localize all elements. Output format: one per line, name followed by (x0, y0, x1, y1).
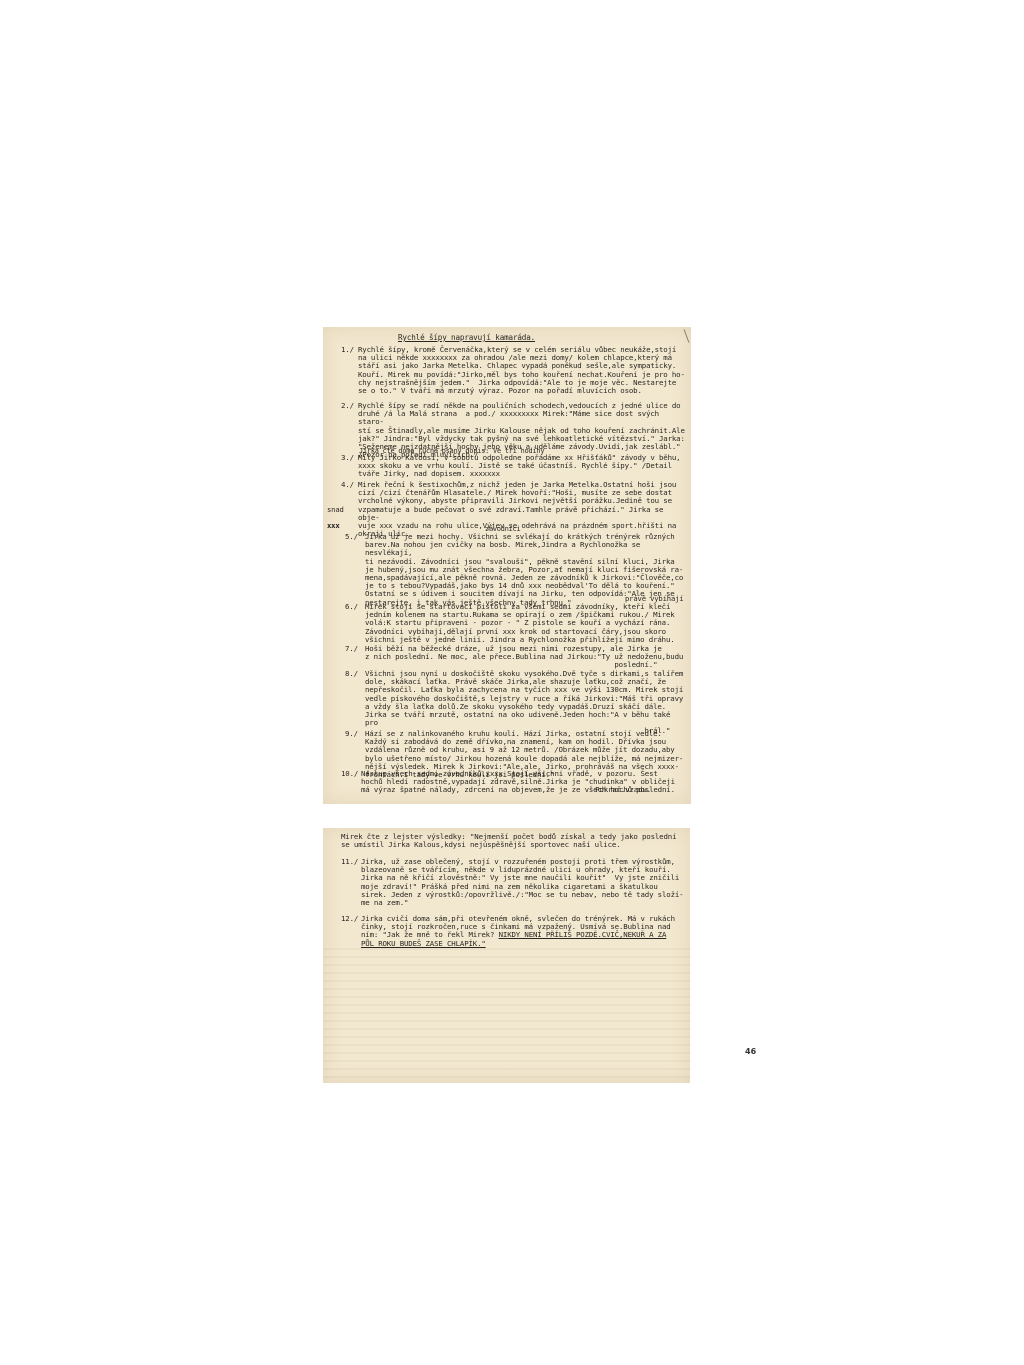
script-item-12: 12./ Jirka cvičí doma sám,při otevřeném … (341, 915, 684, 948)
typewritten-page-top: Rychlé šípy napravují kamaráda. 1./ Rych… (323, 327, 691, 804)
margin-note-crossed: xxx (327, 522, 340, 530)
results-intro: Mirek čte z lejster výsledky: "Nejmenší … (341, 833, 682, 849)
page-number: 46 (745, 1047, 756, 1056)
script-item-1: 1./ Rychlé šípy, kromě Červenáčka,který … (341, 346, 685, 395)
script-item-11: 11./ Jirka, už zase oblečený, stojí v ro… (341, 858, 684, 907)
script-item-7: 7./ Hoši běží na běžecké dráze, už jsou … (345, 645, 685, 670)
continued-overleaf-note: Pokrač.vzadu. (595, 786, 651, 794)
script-item-8: 8./ Všichni jsou nyní u doskočiště skoku… (345, 670, 685, 736)
typewritten-page-bottom: Mirek čte z lejster výsledky: "Nejmenší … (323, 828, 690, 1083)
bleed-through-text (323, 948, 690, 1083)
document-title: Rychlé šípy napravují kamaráda. (398, 334, 535, 342)
paper-corner-mark (684, 329, 690, 342)
script-item-3: 3./ Milý Jirko Kalousi, v sobotu odpoled… (341, 454, 685, 479)
script-item-6: 6./ Mirek stojí se startovací pistolí za… (345, 603, 685, 644)
